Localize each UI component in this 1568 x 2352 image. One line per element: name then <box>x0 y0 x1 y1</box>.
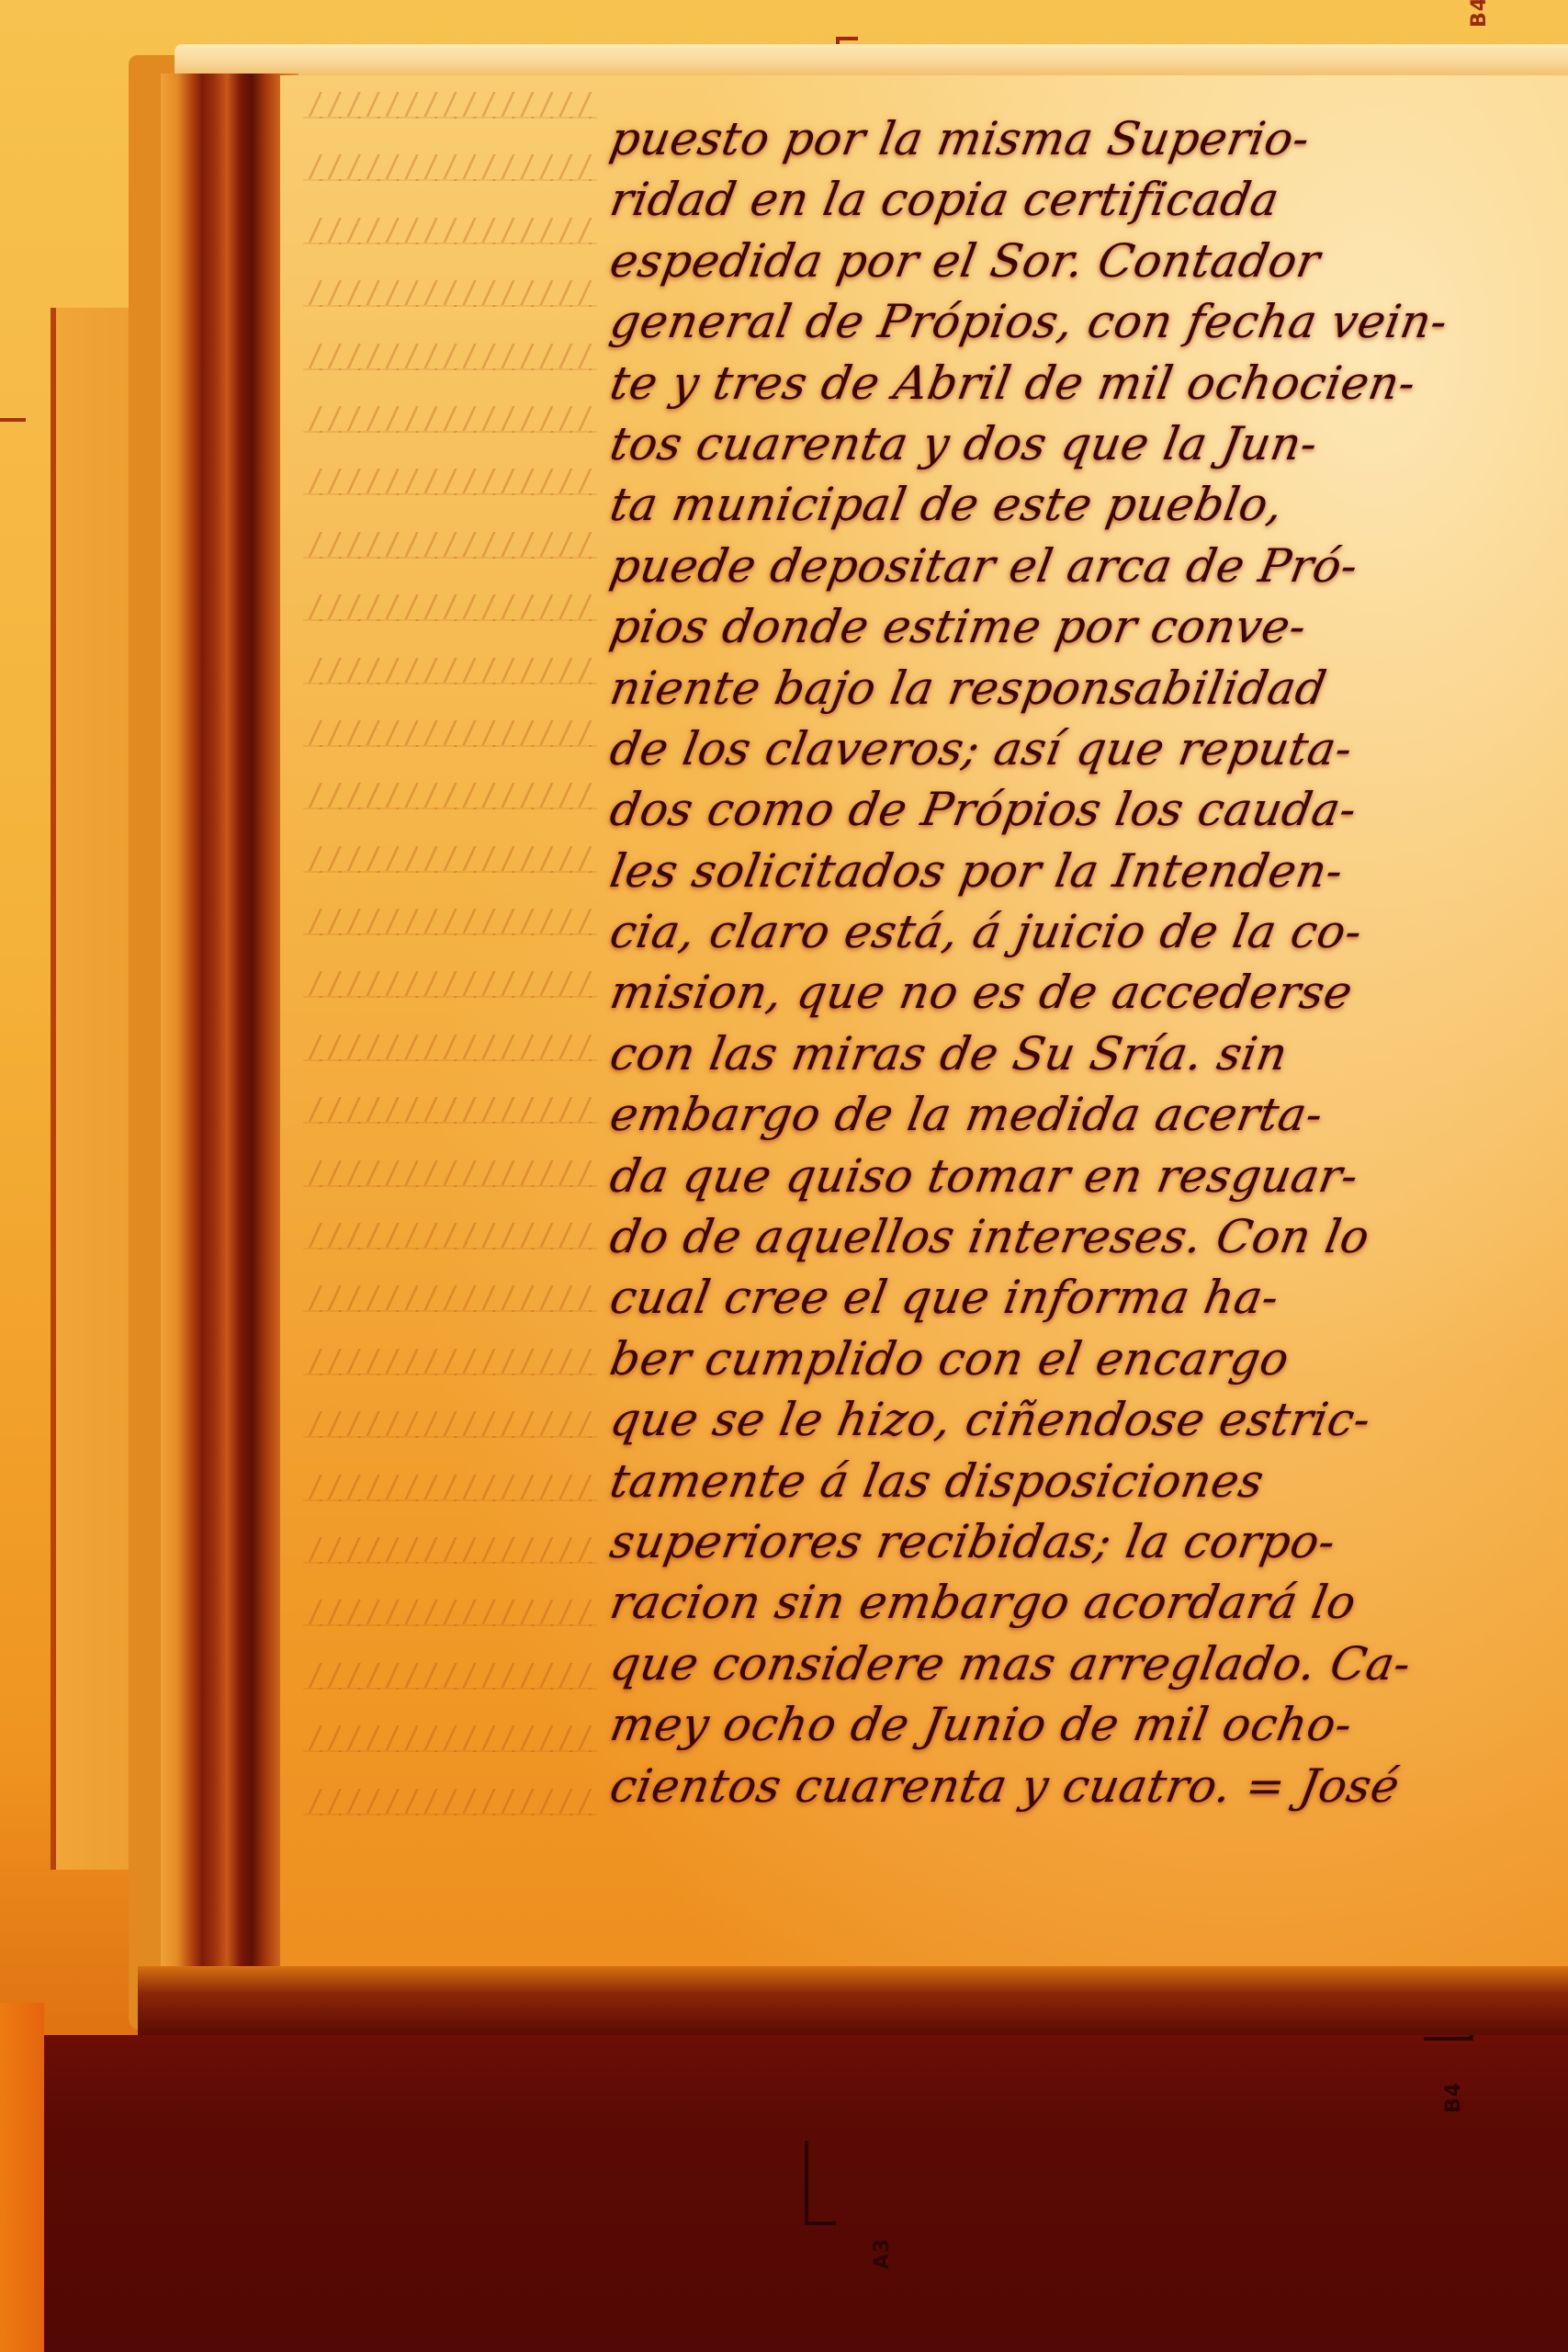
text-line: pios donde estime por conve- <box>605 596 1535 657</box>
manuscript-text: puesto por la misma Superio- ridad en la… <box>611 108 1529 1817</box>
text-line: que se le hizo, ciñendose estric- <box>605 1389 1535 1450</box>
bleed-line <box>303 1789 597 1815</box>
text-line: ber cumplido con el encargo <box>605 1329 1535 1389</box>
side-tick-mark <box>0 418 26 422</box>
bleed-line <box>303 1035 597 1061</box>
left-background-strip <box>0 2003 44 2352</box>
text-line: tamente á las disposiciones <box>605 1451 1535 1511</box>
text-line: mey ocho de Junio de mil ocho- <box>605 1694 1535 1755</box>
corner-mark-bottom-center <box>805 2141 836 2225</box>
page-bottom-edge <box>138 1966 1568 2035</box>
bleed-line <box>303 280 597 307</box>
bleed-line <box>303 1223 597 1249</box>
text-line: les solicitados por la Intenden- <box>605 841 1535 901</box>
bleed-line <box>303 1663 597 1690</box>
text-line: de los claveros; así que reputa- <box>605 718 1535 779</box>
bleed-line <box>303 1411 597 1438</box>
bleed-line <box>303 1285 597 1312</box>
bleed-line <box>303 218 597 244</box>
bleed-line <box>303 720 597 747</box>
bleed-line <box>303 783 597 809</box>
bleed-line <box>303 532 597 559</box>
bleed-line <box>303 469 597 495</box>
bleed-line <box>303 1725 597 1752</box>
bleed-line <box>303 1097 597 1124</box>
text-line: dos como de Própios los cauda- <box>605 779 1535 840</box>
bleed-line <box>303 1349 597 1375</box>
text-line: superiores recibidas; la corpo- <box>605 1511 1535 1572</box>
bleed-line <box>303 846 597 873</box>
bleed-line <box>303 594 597 621</box>
bleed-line <box>303 1600 597 1626</box>
bleed-line <box>303 971 597 998</box>
text-line: que considere mas arreglado. Ca- <box>605 1634 1535 1694</box>
bleed-line <box>303 1475 597 1501</box>
text-line: espedida por el Sor. Contador <box>605 231 1535 291</box>
text-line: cia, claro está, á juicio de la co- <box>605 901 1535 962</box>
text-line: con las miras de Su Sría. sin <box>605 1023 1535 1084</box>
text-line: puesto por la misma Superio- <box>605 108 1535 169</box>
text-line: general de Própios, con fecha vein- <box>605 291 1535 352</box>
text-line: te y tres de Abril de mil ochocien- <box>605 353 1535 413</box>
bleed-line <box>303 1160 597 1187</box>
text-line: ridad en la copia certificada <box>605 169 1535 230</box>
text-line: da que quiso tomar en resguar- <box>605 1146 1535 1206</box>
bleed-line <box>303 658 597 684</box>
bleed-line <box>303 154 597 181</box>
bleed-line <box>303 1537 597 1564</box>
scan-label-bottom-right: B4 <box>1442 2082 1465 2113</box>
ink-bleed-through <box>303 92 597 1883</box>
bleed-line <box>303 92 597 119</box>
text-line: cual cree el que informa ha- <box>605 1267 1535 1328</box>
book-spine <box>161 73 299 2003</box>
scan-label-bottom-center: A3 <box>871 2238 894 2269</box>
text-line: racion sin embargo acordará lo <box>605 1572 1535 1633</box>
text-line: tos cuarenta y dos que la Jun- <box>605 413 1535 474</box>
text-line: ta municipal de este pueblo, <box>605 474 1535 535</box>
text-line: puede depositar el arca de Pró- <box>605 536 1535 596</box>
bleed-line <box>303 909 597 935</box>
text-line: cientos cuarenta y cuatro. = José <box>605 1756 1535 1816</box>
bleed-line <box>303 344 597 370</box>
text-line: embargo de la medida acerta- <box>605 1084 1535 1145</box>
bleed-line <box>303 406 597 433</box>
scan-label-top-right: B4 <box>1468 0 1491 28</box>
text-line: mision, que no es de accederse <box>605 962 1535 1023</box>
text-line: do de aquellos intereses. Con lo <box>605 1206 1535 1267</box>
text-line: niente bajo la responsabilidad <box>605 658 1535 718</box>
